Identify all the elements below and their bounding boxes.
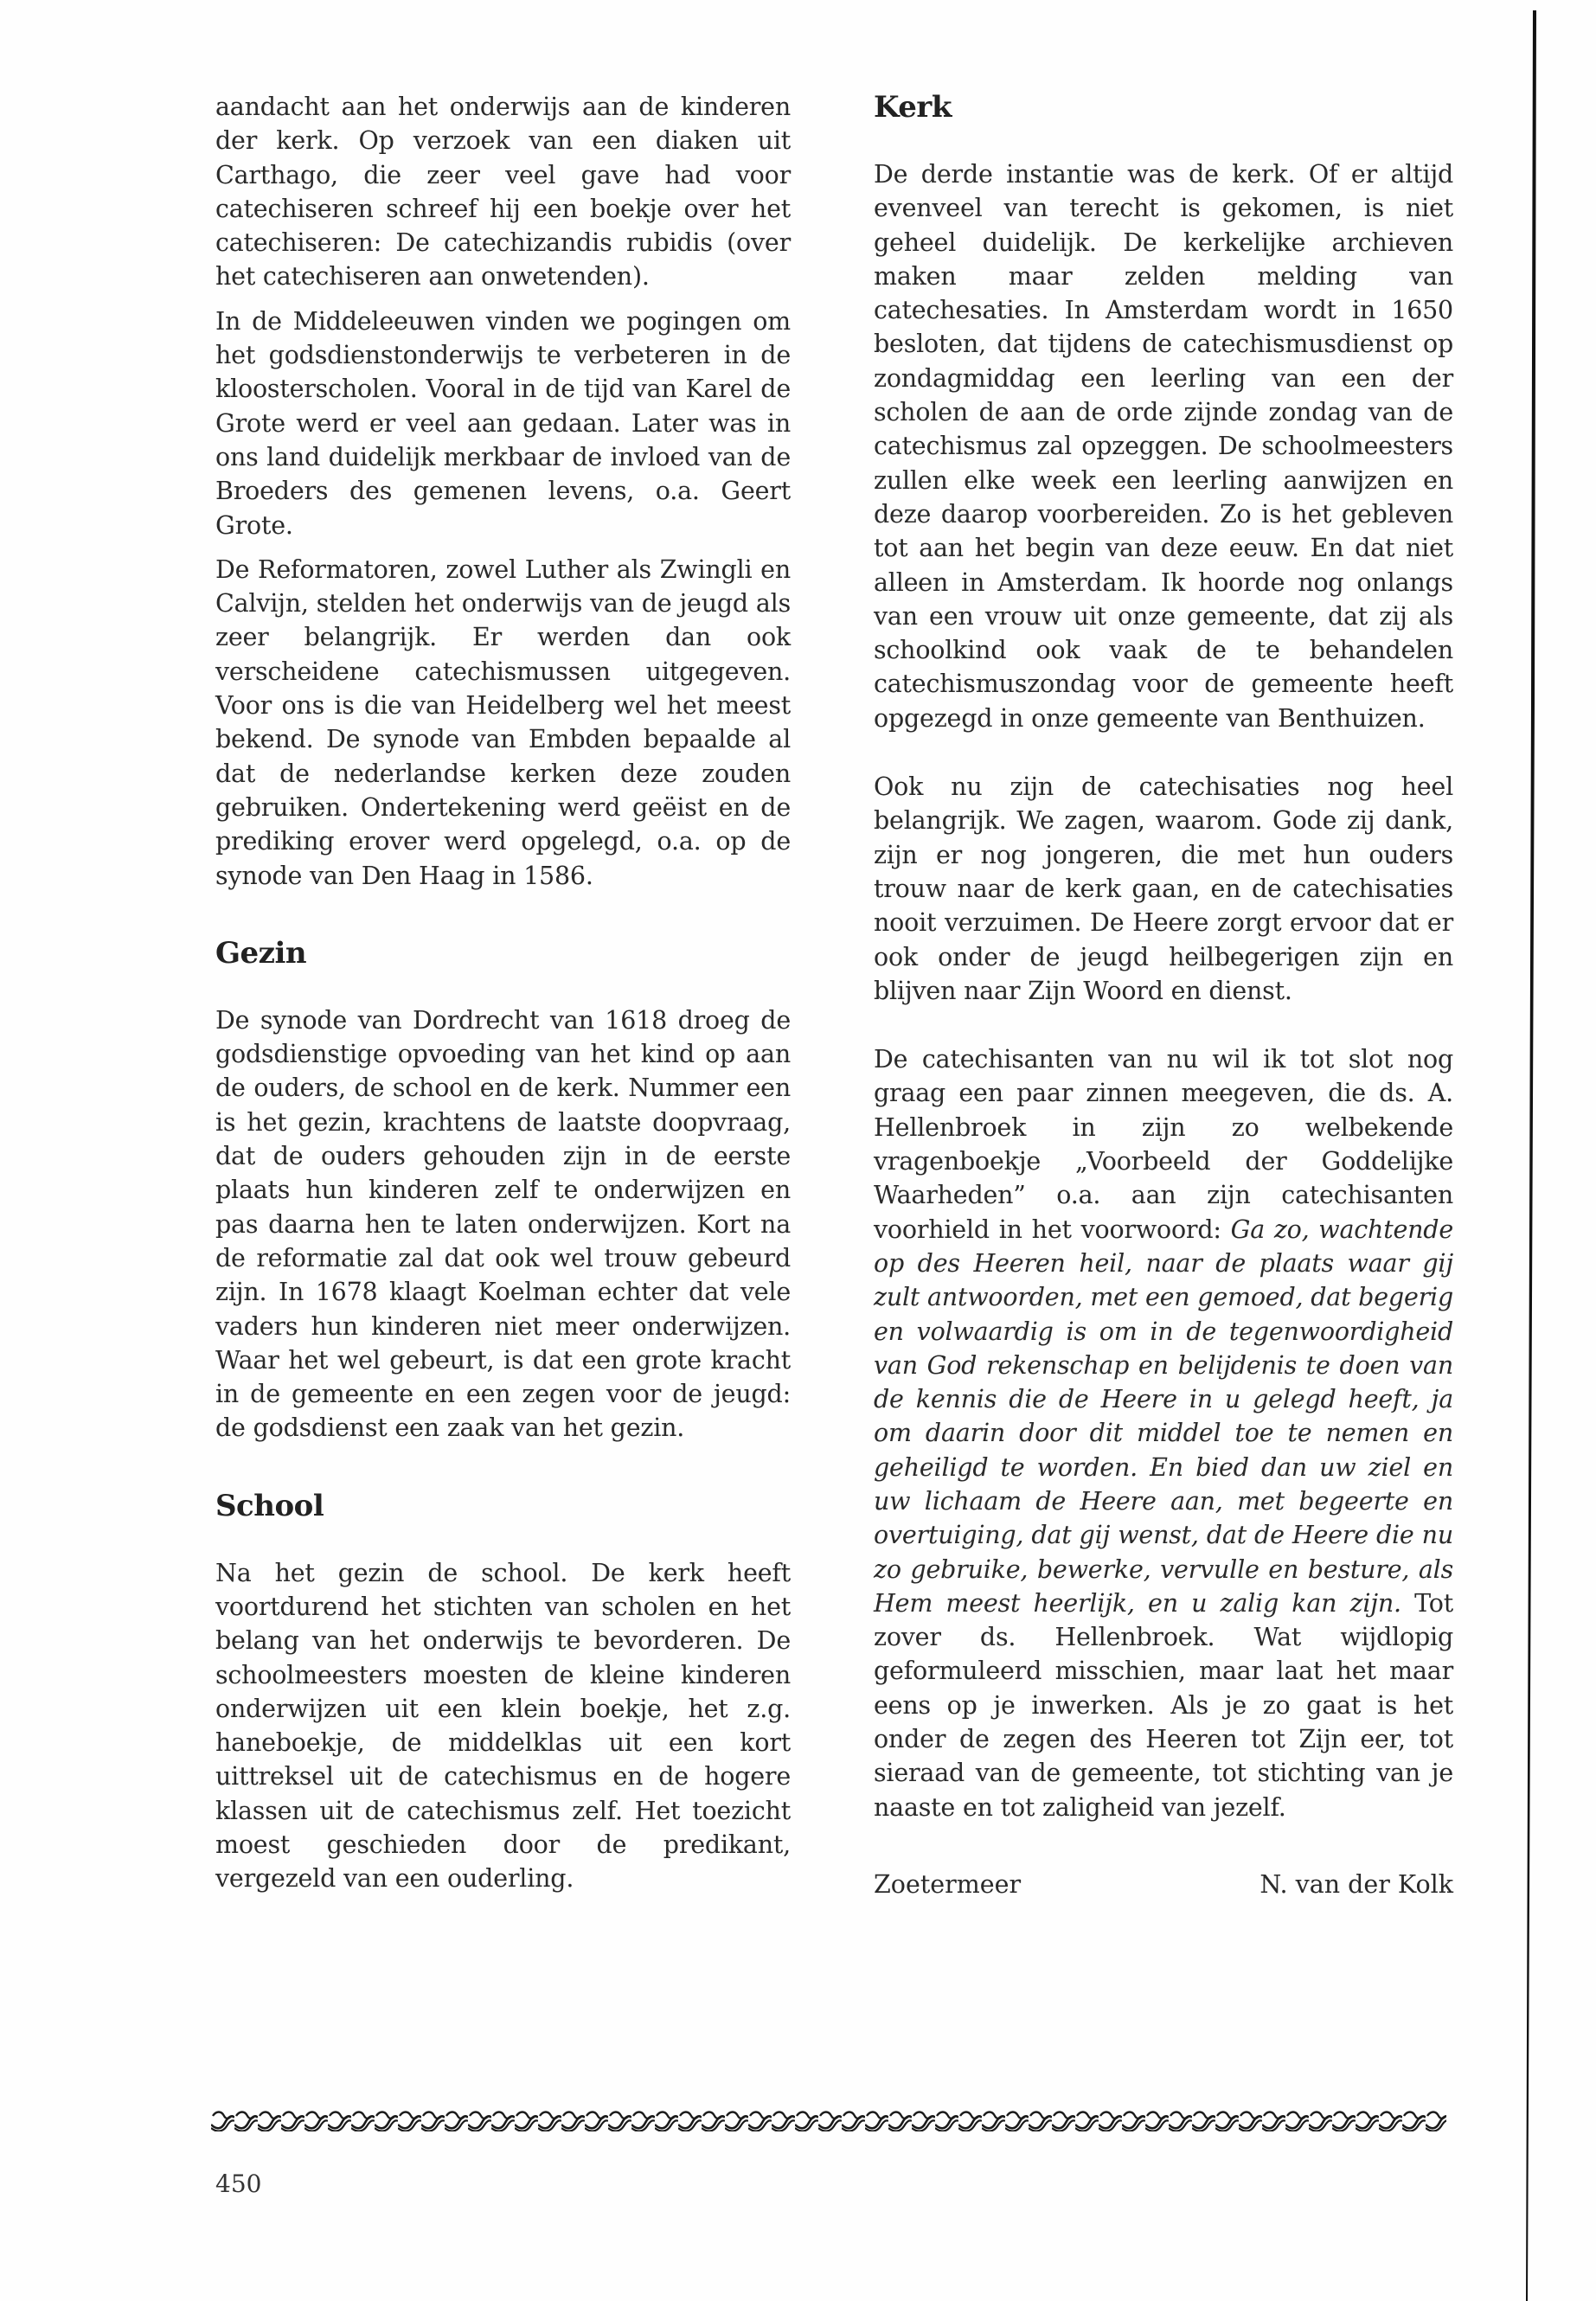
closing-paragraph: De catechisanten van nu wil ik tot slot … xyxy=(874,1042,1453,1824)
signature: Zoetermeer N. van der Kolk xyxy=(874,1868,1453,1901)
section-heading-gezin: Gezin xyxy=(215,936,791,971)
signature-author: N. van der Kolk xyxy=(1259,1868,1453,1901)
section-heading-school: School xyxy=(215,1489,791,1523)
paragraph: Ook nu zijn de catechisaties nog heel be… xyxy=(874,770,1453,1008)
binding-edge-rule xyxy=(1524,10,1536,2301)
scanned-page: aandacht aan het onderwijs aan de kinder… xyxy=(0,0,1596,2301)
paragraph: aandacht aan het onderwijs aan de kinder… xyxy=(215,90,791,294)
closing-tail: Tot zover ds. Hellenbroek. Wat wijdlopig… xyxy=(874,1589,1453,1822)
page-number: 450 xyxy=(215,2170,261,2198)
section-heading-kerk: Kerk xyxy=(874,90,1453,125)
paragraph: In de Middeleeuwen vinden we pogingen om… xyxy=(215,304,791,542)
right-column: Kerk De derde instantie was de kerk. Of … xyxy=(874,90,1453,1901)
left-column: aandacht aan het onderwijs aan de kinder… xyxy=(215,90,791,1896)
signature-place: Zoetermeer xyxy=(874,1868,1021,1901)
closing-lead: De catechisanten van nu wil ik tot slot … xyxy=(874,1045,1453,1243)
paragraph: De derde instantie was de kerk. Of er al… xyxy=(874,157,1453,735)
paragraph: Na het gezin de school. De kerk heeft vo… xyxy=(215,1556,791,1896)
wave-scroll-border-icon xyxy=(211,2107,1446,2131)
hellenbroek-quote: Ga zo, wachtende op des Heeren heil, naa… xyxy=(874,1215,1453,1618)
paragraph: De Reformatoren, zowel Luther als Zwingl… xyxy=(215,553,791,893)
paragraph: De synode van Dordrecht van 1618 droeg d… xyxy=(215,1003,791,1445)
